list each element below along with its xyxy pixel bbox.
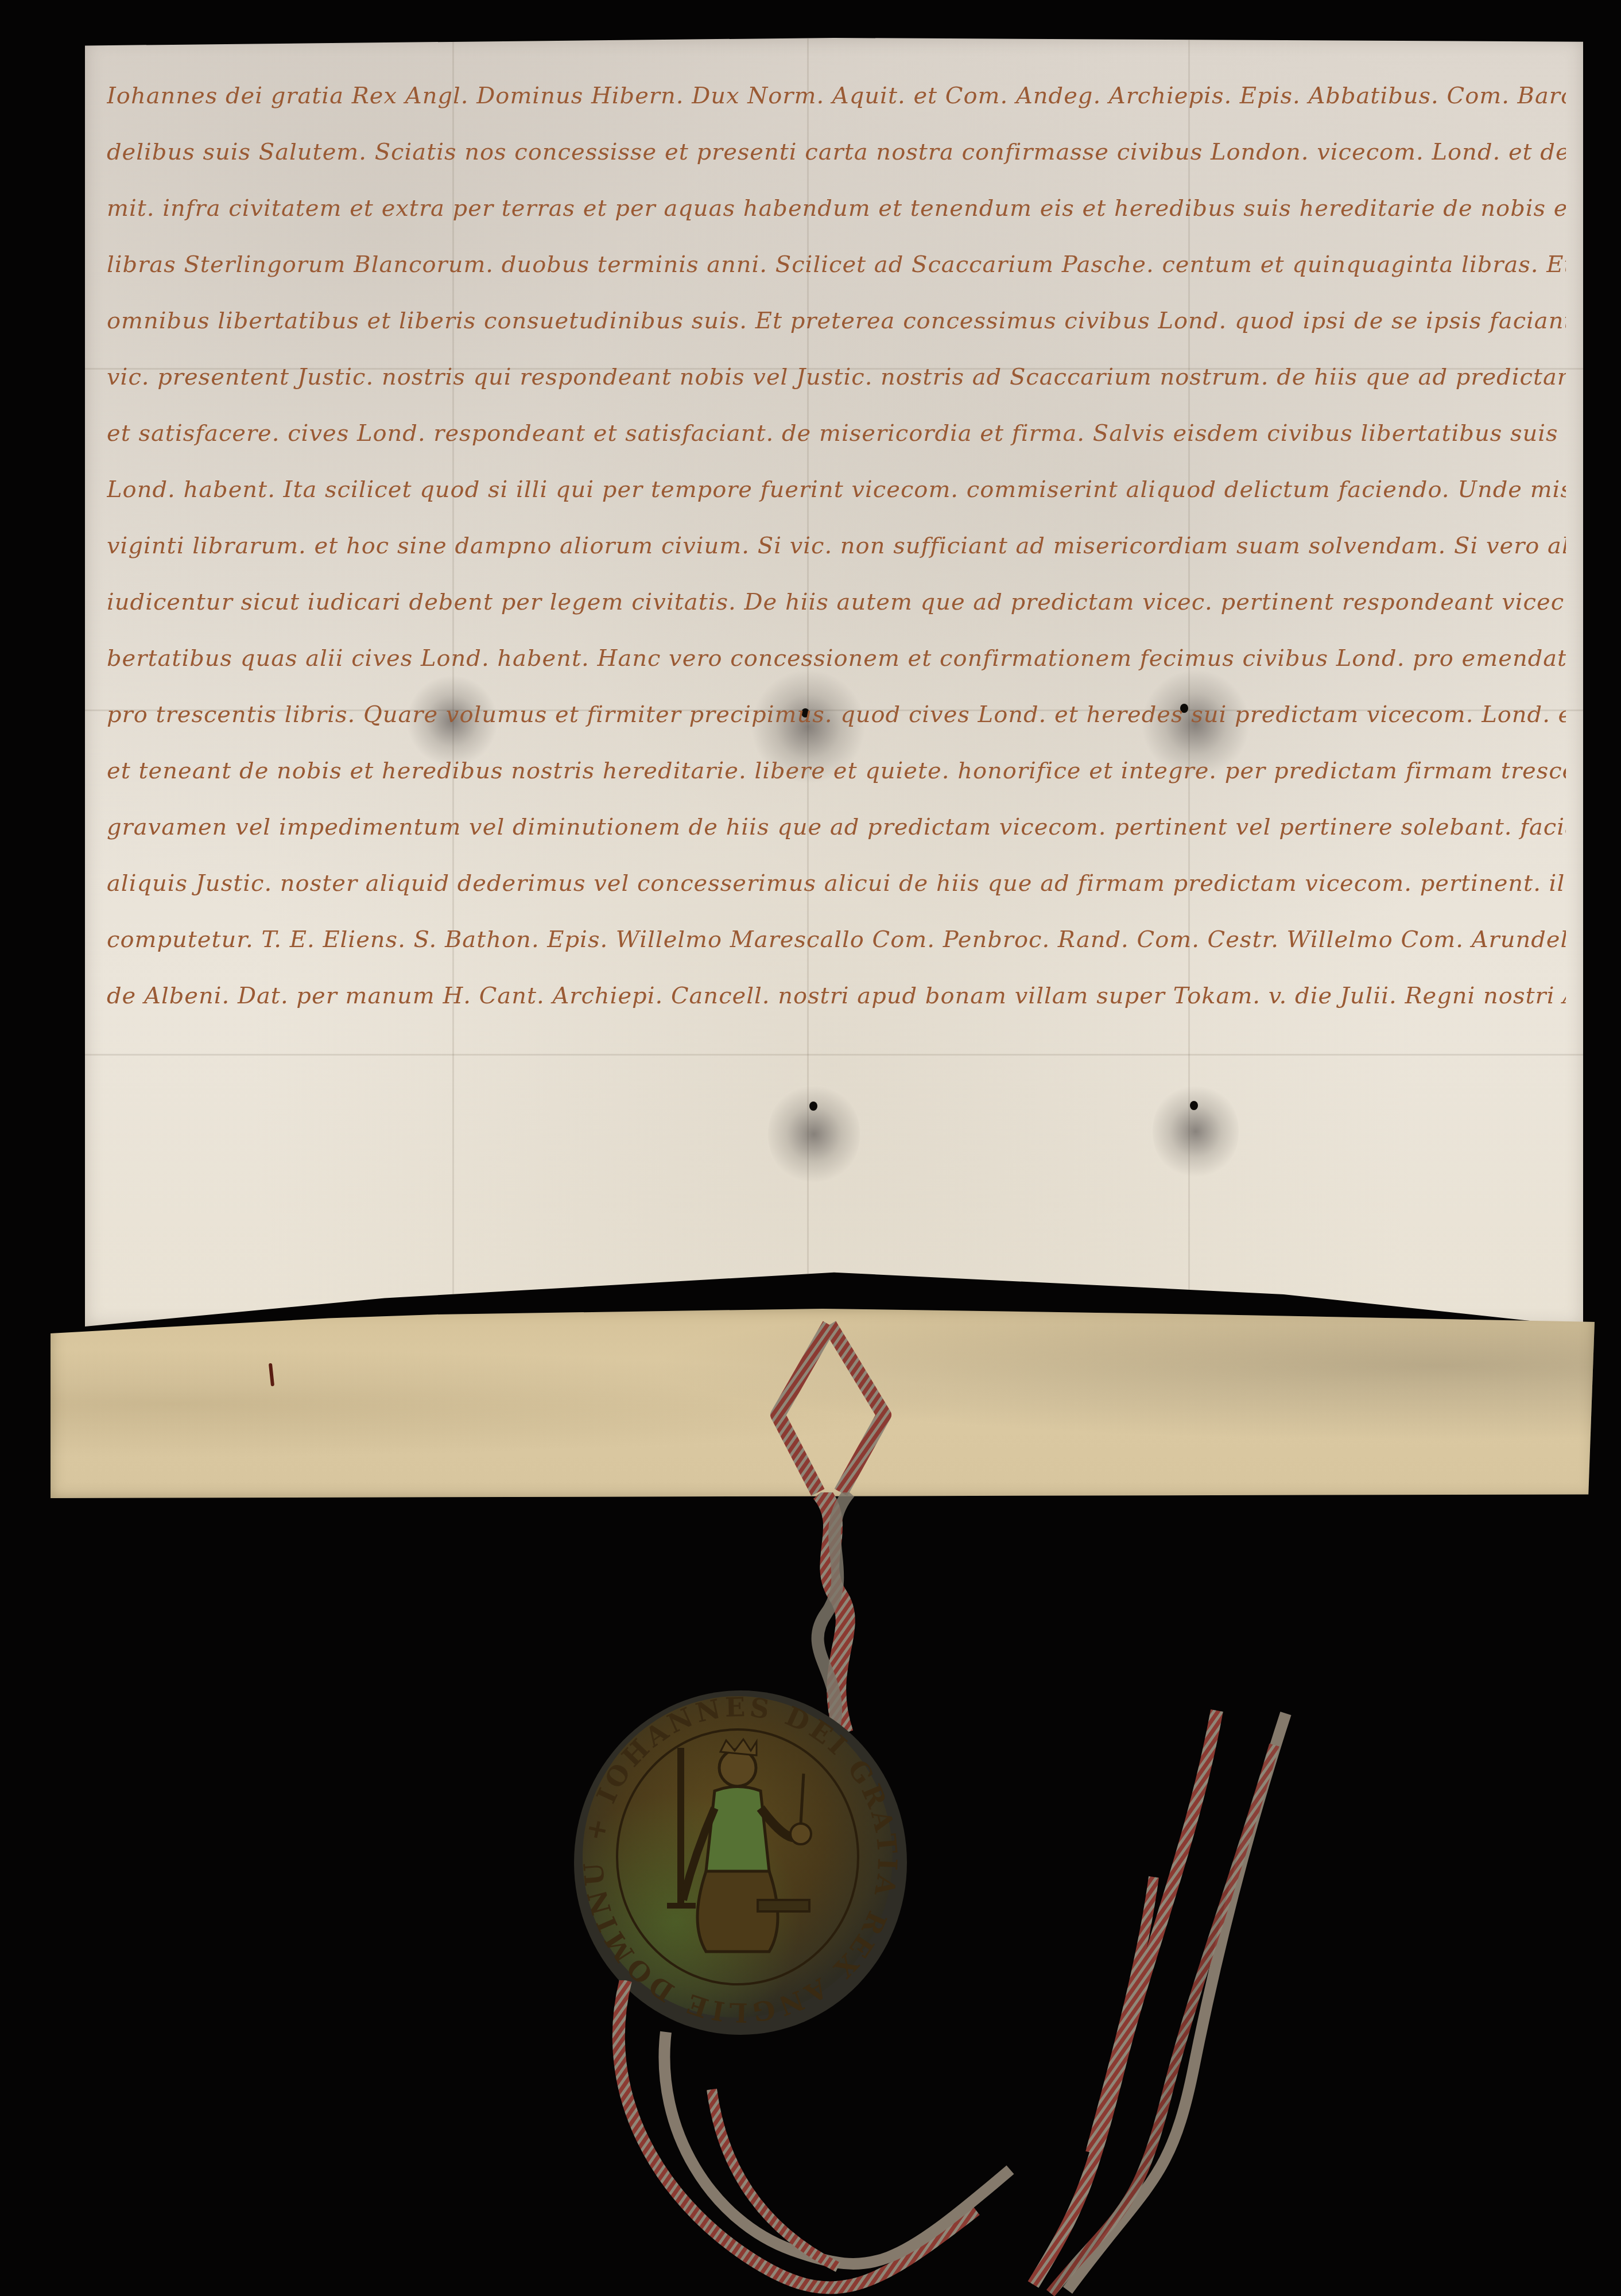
document-photograph: Iohannes dei gratia Rex Angl. Dominus Hi… <box>0 0 1621 2296</box>
stain <box>768 1083 860 1186</box>
text-line: vic. presentent Justic. nostris qui resp… <box>107 349 1566 405</box>
text-line: pro trescentis libris. Quare volumus et … <box>107 687 1566 743</box>
text-line: iudicentur sicut iudicari debent per leg… <box>107 574 1566 630</box>
fold-crease <box>85 1054 1583 1056</box>
text-line: et satisfacere. cives Lond. respondeant … <box>107 405 1566 461</box>
text-line-dating-clause: de Albeni. Dat. per manum H. Cant. Archi… <box>107 968 1566 1024</box>
charter-text: Iohannes dei gratia Rex Angl. Dominus Hi… <box>107 68 1566 1024</box>
text-line: Lond. habent. Ita scilicet quod si illi … <box>107 461 1566 518</box>
text-line: viginti librarum. et hoc sine dampno ali… <box>107 518 1566 574</box>
text-line: bertatibus quas alii cives Lond. habent.… <box>107 630 1566 687</box>
text-line: omnibus libertatibus et liberis consuetu… <box>107 293 1566 349</box>
text-line: gravamen vel impedimentum vel diminution… <box>107 799 1566 855</box>
text-line: mit. infra civitatem et extra per terras… <box>107 180 1566 236</box>
seal-cord-loop <box>749 1320 910 1504</box>
seal-cord-ends <box>574 1980 1148 2296</box>
text-line: aliquis Justic. noster aliquid dederimus… <box>107 855 1566 912</box>
parchment-sheet: Iohannes dei gratia Rex Angl. Dominus Hi… <box>85 38 1583 1327</box>
text-line: libras Sterlingorum Blancorum. duobus te… <box>107 236 1566 293</box>
text-line: Iohannes dei gratia Rex Angl. Dominus Hi… <box>107 68 1566 124</box>
text-line: et teneant de nobis et heredibus nostris… <box>107 743 1566 799</box>
pin-hole <box>809 1102 817 1111</box>
pin-hole <box>1190 1101 1198 1110</box>
text-line: computetur. T. E. Eliens. S. Bathon. Epi… <box>107 912 1566 968</box>
stain <box>1153 1083 1239 1180</box>
text-line: delibus suis Salutem. Sciatis nos conces… <box>107 124 1566 180</box>
